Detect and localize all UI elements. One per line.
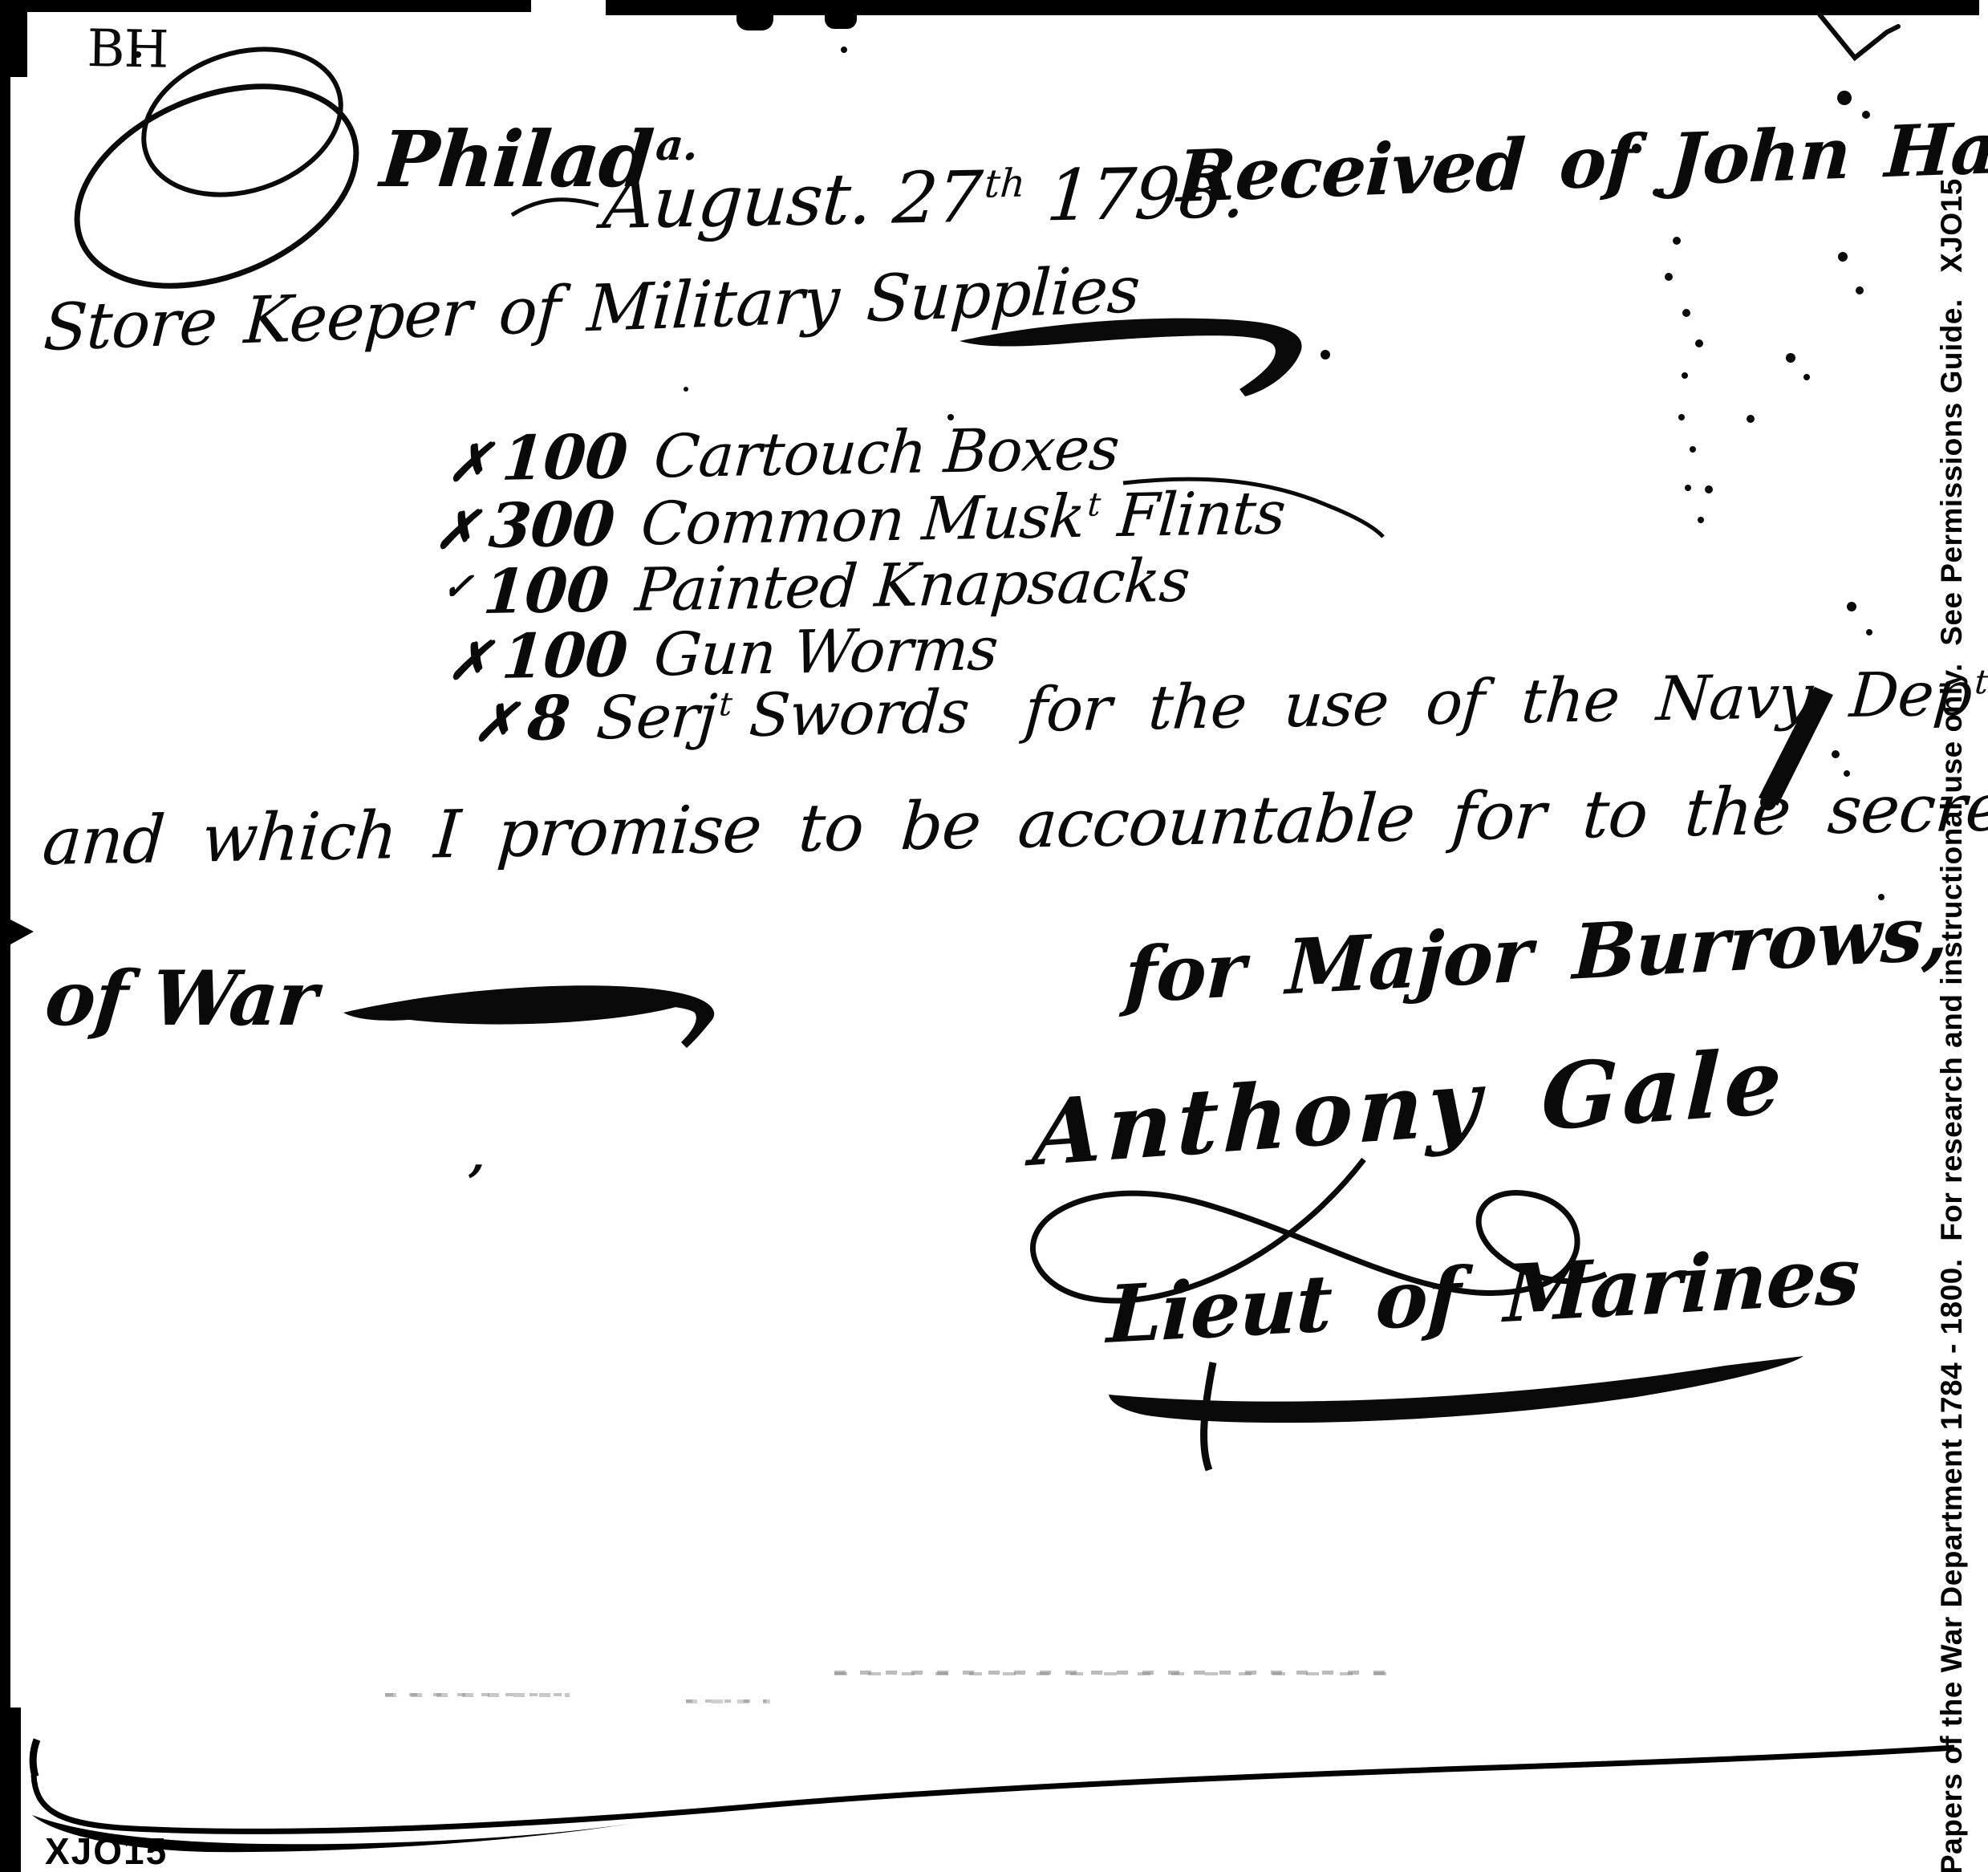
scan-edge-left	[0, 0, 10, 1872]
signature-name: Anthony Gale	[1031, 1029, 1788, 1187]
underline-swash-body	[347, 995, 690, 1025]
archive-mark: BH	[87, 19, 168, 80]
edge-artifact-arrow	[10, 920, 34, 944]
document-scan: BH Philada. August. 27th1798. Received o…	[0, 0, 1988, 1872]
underline-swash	[343, 985, 714, 1048]
item-name-rest: Swords	[729, 677, 972, 750]
item-name-superscript	[1000, 618, 1002, 656]
scan-artifact-line	[385, 1693, 570, 1697]
item-name-rest: Flints	[1097, 478, 1288, 550]
of-war-line: of War	[42, 955, 320, 1043]
item-quantity: 100	[481, 554, 611, 627]
paper-edge-hook	[33, 1740, 37, 1777]
item-name-text: Serj	[594, 682, 718, 753]
item-quantity: 300	[487, 488, 617, 562]
check-mark-icon: ✗	[446, 432, 493, 493]
ink-dot	[1321, 350, 1330, 359]
date-text: August. 27	[600, 156, 984, 245]
signature-underline-swash	[1109, 1356, 1803, 1423]
scan-artifact-line	[686, 1699, 770, 1703]
item-note: for the use of the Navy Dept.	[1022, 657, 1988, 745]
scan-edge-top-left	[0, 0, 531, 12]
sidebar-usage-label: Papers of the War Department 1784 - 1800…	[1935, 178, 1969, 1872]
attribution-line: for Major Burrows,	[1123, 889, 1949, 1021]
received-line: Received of John Harris	[1175, 101, 1988, 218]
check-mark-icon: ✗	[433, 500, 480, 561]
item-name: Serjt Swords	[594, 677, 971, 753]
item-quantity: 8	[525, 682, 572, 754]
scan-artifact-line	[834, 1671, 1388, 1675]
item-name-superscript	[1121, 418, 1123, 457]
footer-code: XJO15	[45, 1829, 168, 1872]
item-note-superscript: t	[1974, 662, 1988, 701]
scan-edge-blob	[825, 11, 857, 29]
check-mark-icon: ✗	[472, 692, 518, 753]
check-mark-annotation-icon	[1820, 14, 1898, 58]
item-note-text: for the use of the Navy Dep	[1022, 657, 1974, 745]
item-name-superscript	[1191, 550, 1194, 588]
scan-edge-blob	[736, 10, 773, 30]
check-mark-icon: ✓	[441, 564, 474, 608]
descender-stroke	[1204, 1362, 1213, 1470]
item-quantity: 100	[500, 420, 630, 494]
signature-title: Lieut of Marines	[1106, 1230, 1860, 1362]
stray-ink-mark: ’	[464, 1155, 485, 1212]
promise-line: and which I promise to be accountable fo…	[40, 767, 1988, 880]
scan-edge-bottom-left	[0, 1708, 21, 1872]
date-superscript: th	[983, 160, 1027, 206]
address-line: Store Keeper of Military Supplies	[42, 252, 1142, 365]
paper-edge-line	[34, 1748, 1954, 1831]
check-mark-icon: ✗	[446, 631, 493, 692]
scan-edge-top-right	[606, 0, 1979, 15]
dateline-date: August. 27th1798.	[600, 151, 1248, 245]
